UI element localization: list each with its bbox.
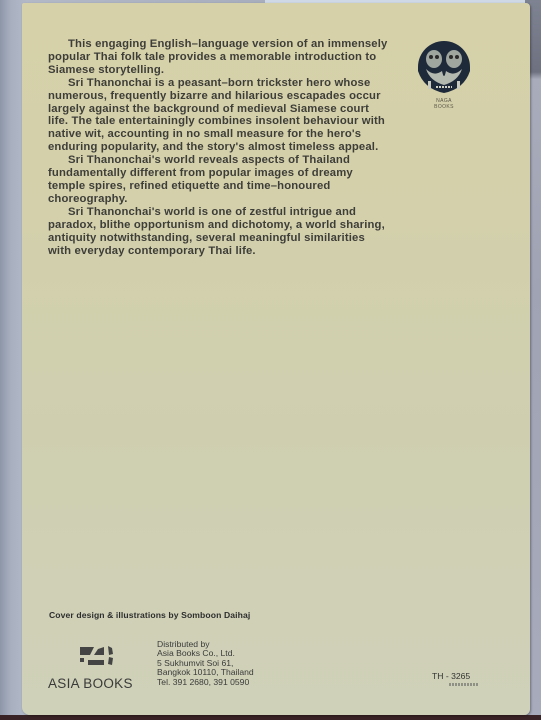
catalog-code: TH - 3265 <box>432 671 470 681</box>
blurb-paragraph: Sri Thanonchai's world is one of zestful… <box>48 206 388 258</box>
cover-credit: Cover design & illustrations by Somboon … <box>49 610 250 620</box>
handwritten-mark <box>449 683 479 686</box>
blurb-paragraph: Sri Thanonchai's world reveals aspects o… <box>48 154 388 206</box>
background-table-edge <box>0 715 541 720</box>
blurb-paragraph: Sri Thanonchai is a peasant–born trickst… <box>48 77 388 154</box>
naga-books-label: NAGA BOOKS <box>420 98 468 110</box>
blurb-paragraph: This engaging English–language version o… <box>48 38 388 77</box>
naga-emblem-icon <box>414 37 474 95</box>
distributor-address: Distributed by Asia Books Co., Ltd. 5 Su… <box>157 640 254 687</box>
logo-label-line: BOOKS <box>420 104 468 110</box>
asia-books-wordmark: ASIA BOOKS <box>48 676 133 691</box>
blurb-text: This engaging English–language version o… <box>48 38 388 257</box>
address-line: Tel. 391 2680, 391 0590 <box>157 678 254 687</box>
asia-books-logo-icon <box>80 645 116 667</box>
